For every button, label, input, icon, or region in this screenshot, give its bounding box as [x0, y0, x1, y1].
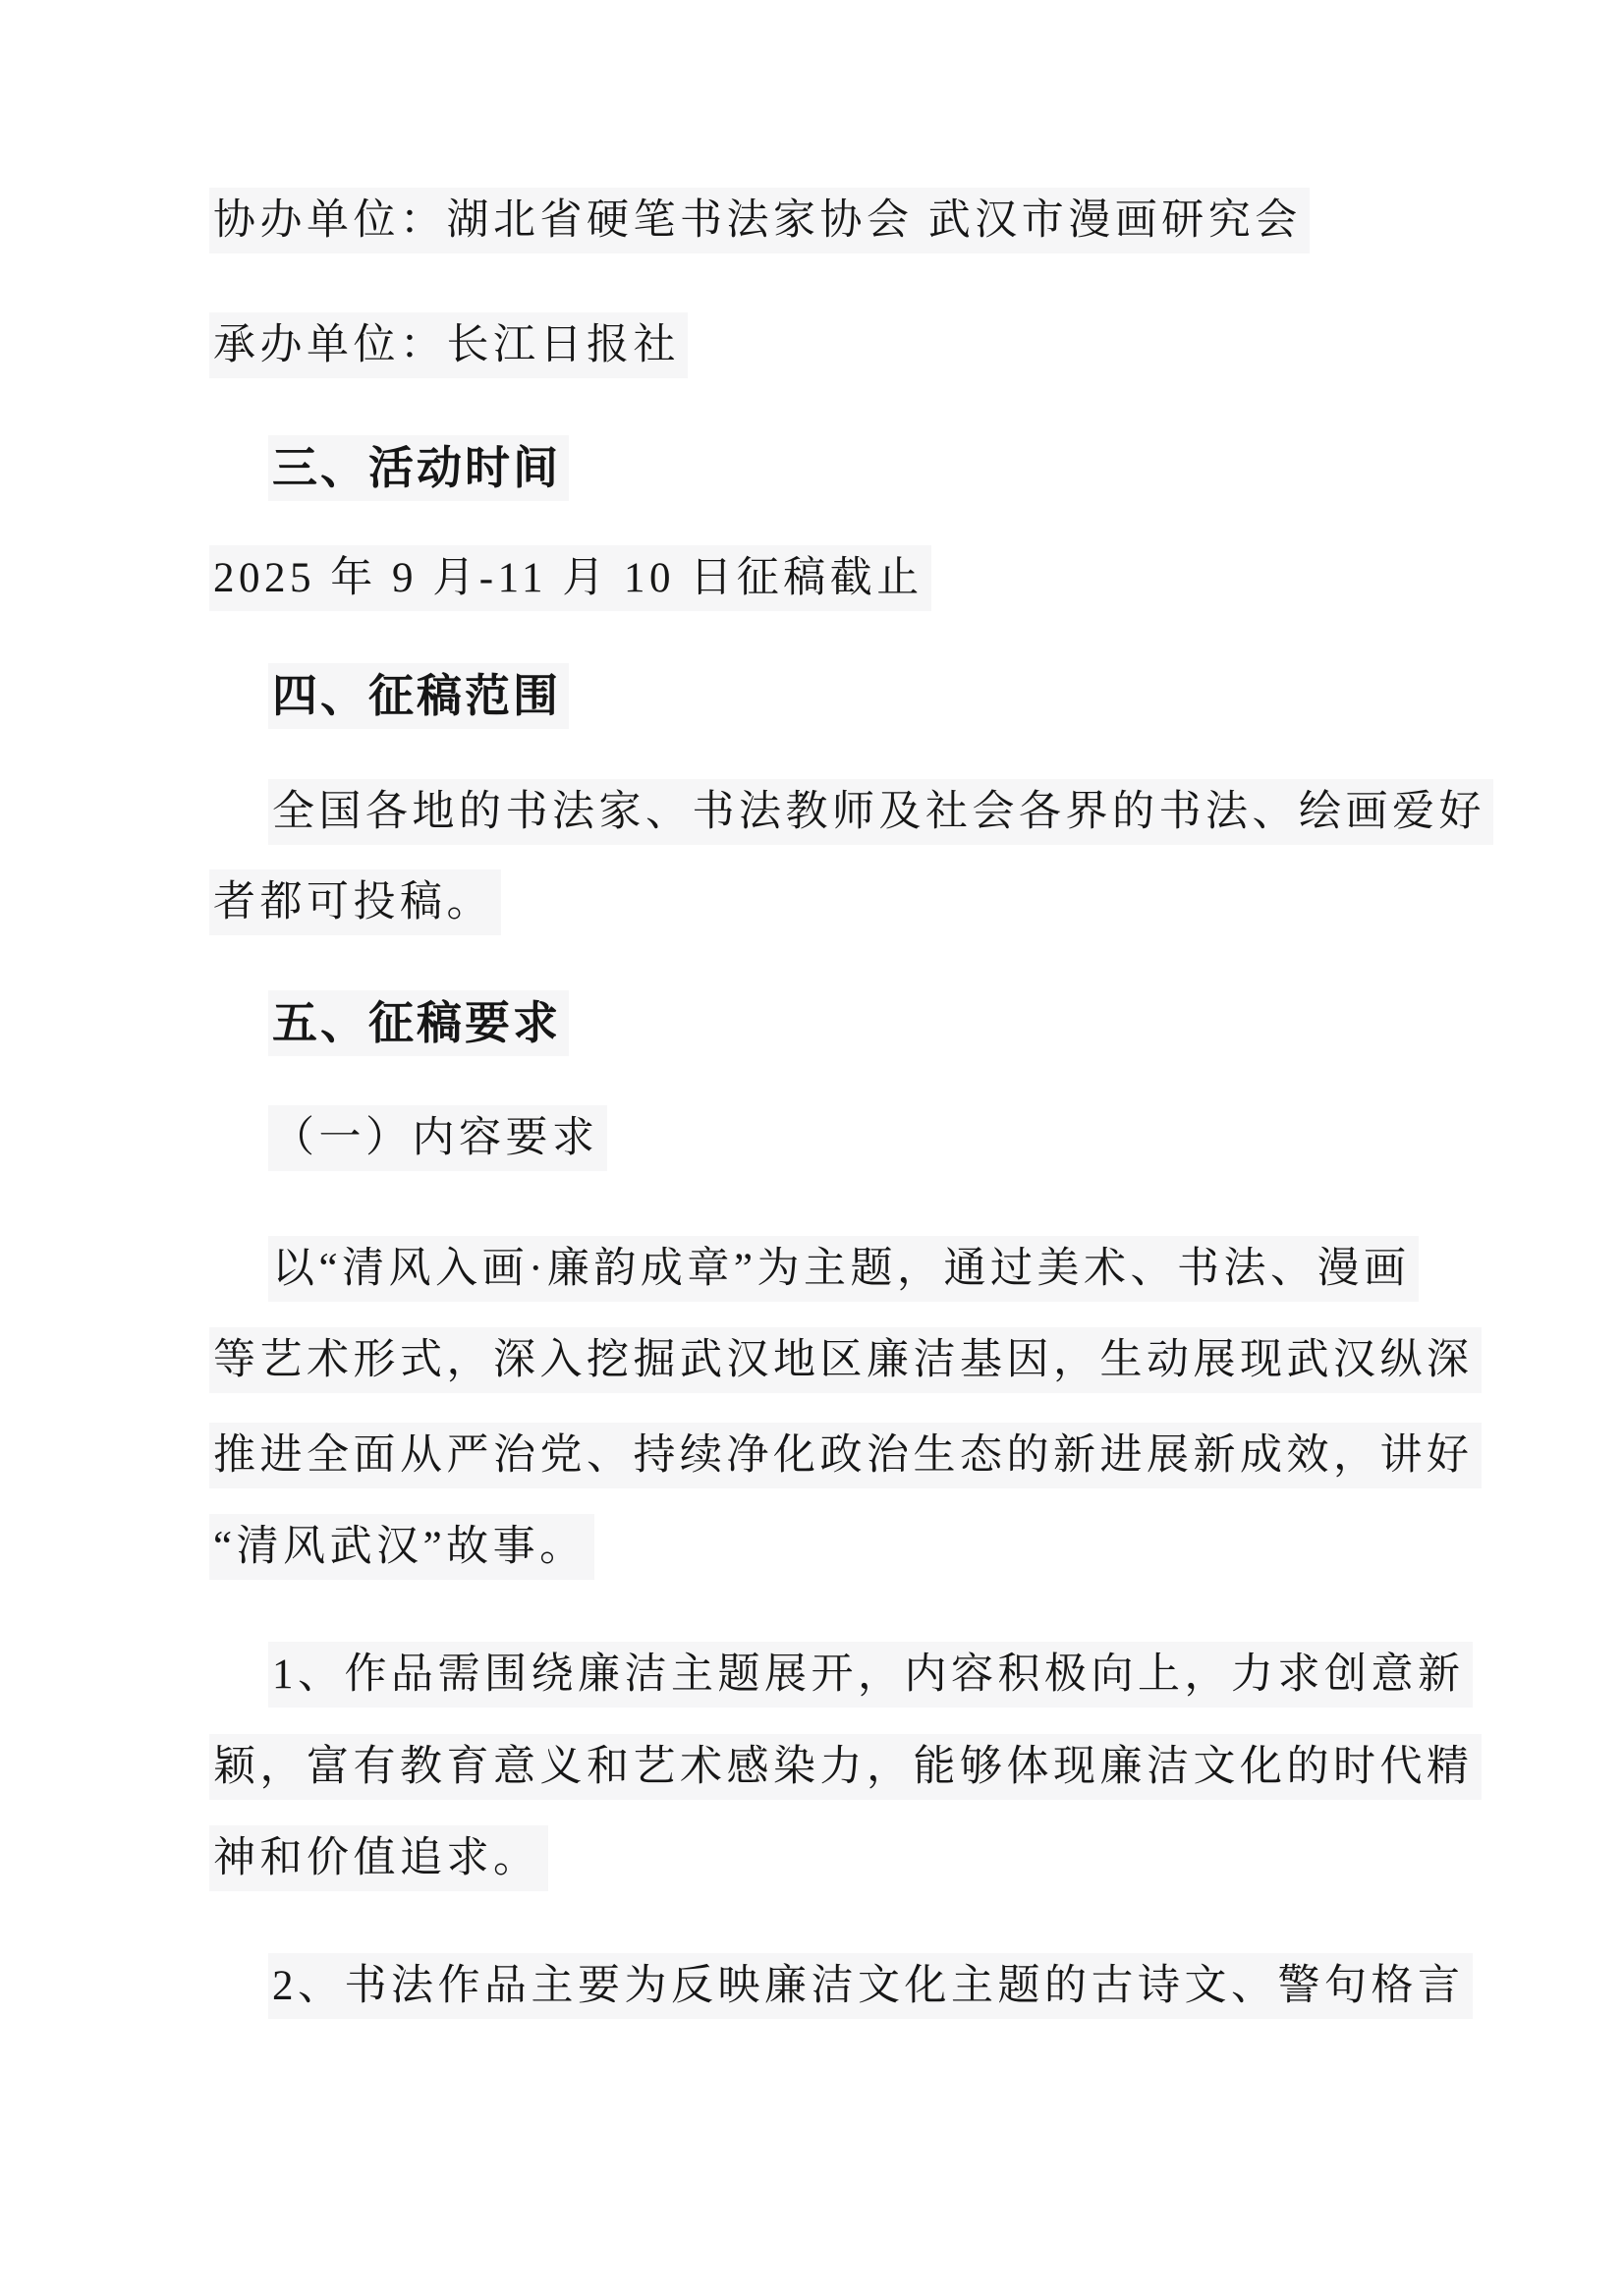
text-line-highlight: 等艺术形式，深入挖掘武汉地区廉洁基因，生动展现武汉纵深 — [209, 1327, 1482, 1393]
text-line-highlight: 神和价值追求。 — [209, 1825, 548, 1891]
text-line-highlight: 颖，富有教育意义和艺术感染力，能够体现廉洁文化的时代精 — [209, 1734, 1482, 1800]
text-line: 协办单位：湖北省硬笔书法家协会 武汉市漫画研究会 — [209, 188, 1310, 253]
section-heading: 四、征稿范围 — [268, 663, 569, 729]
text-line: 推进全面从严治党、持续净化政治生态的新进展新成效，讲好 — [209, 1423, 1482, 1488]
text-line-highlight: 四、征稿范围 — [268, 663, 569, 729]
text-line: 承办单位：长江日报社 — [209, 312, 688, 378]
text-line-highlight: （一）内容要求 — [268, 1105, 607, 1171]
section-heading: 三、活动时间 — [268, 435, 569, 501]
text-line: 2025 年 9 月-11 月 10 日征稿截止 — [209, 545, 931, 611]
text-line-highlight: 协办单位：湖北省硬笔书法家协会 武汉市漫画研究会 — [209, 188, 1310, 253]
text-line: 等艺术形式，深入挖掘武汉地区廉洁基因，生动展现武汉纵深 — [209, 1327, 1482, 1393]
text-line: 2、书法作品主要为反映廉洁文化主题的古诗文、警句格言 — [268, 1953, 1473, 2019]
text-line: 者都可投稿。 — [209, 869, 501, 935]
text-line-highlight: 1、作品需围绕廉洁主题展开，内容积极向上，力求创意新 — [268, 1642, 1473, 1708]
text-line-highlight: 承办单位：长江日报社 — [209, 312, 688, 378]
text-line: 1、作品需围绕廉洁主题展开，内容积极向上，力求创意新 — [268, 1642, 1473, 1708]
text-line-highlight: 2025 年 9 月-11 月 10 日征稿截止 — [209, 545, 931, 611]
text-line: 神和价值追求。 — [209, 1825, 548, 1891]
text-line: “清风武汉”故事。 — [209, 1514, 594, 1580]
text-line-highlight: 全国各地的书法家、书法教师及社会各界的书法、绘画爱好 — [268, 779, 1493, 845]
text-line: （一）内容要求 — [268, 1105, 607, 1171]
text-line-highlight: 以“清风入画·廉韵成章”为主题，通过美术、书法、漫画 — [268, 1236, 1419, 1302]
document-page: 协办单位：湖北省硬笔书法家协会 武汉市漫画研究会承办单位：长江日报社三、活动时间… — [0, 0, 1624, 2296]
text-line-highlight: 2、书法作品主要为反映廉洁文化主题的古诗文、警句格言 — [268, 1953, 1473, 2019]
text-line: 颖，富有教育意义和艺术感染力，能够体现廉洁文化的时代精 — [209, 1734, 1482, 1800]
text-line: 以“清风入画·廉韵成章”为主题，通过美术、书法、漫画 — [268, 1236, 1419, 1302]
text-line-highlight: “清风武汉”故事。 — [209, 1514, 594, 1580]
text-line: 全国各地的书法家、书法教师及社会各界的书法、绘画爱好 — [268, 779, 1493, 845]
text-line-highlight: 三、活动时间 — [268, 435, 569, 501]
text-line-highlight: 五、征稿要求 — [268, 990, 569, 1056]
section-heading: 五、征稿要求 — [268, 990, 569, 1056]
text-line-highlight: 推进全面从严治党、持续净化政治生态的新进展新成效，讲好 — [209, 1423, 1482, 1488]
text-line-highlight: 者都可投稿。 — [209, 869, 501, 935]
